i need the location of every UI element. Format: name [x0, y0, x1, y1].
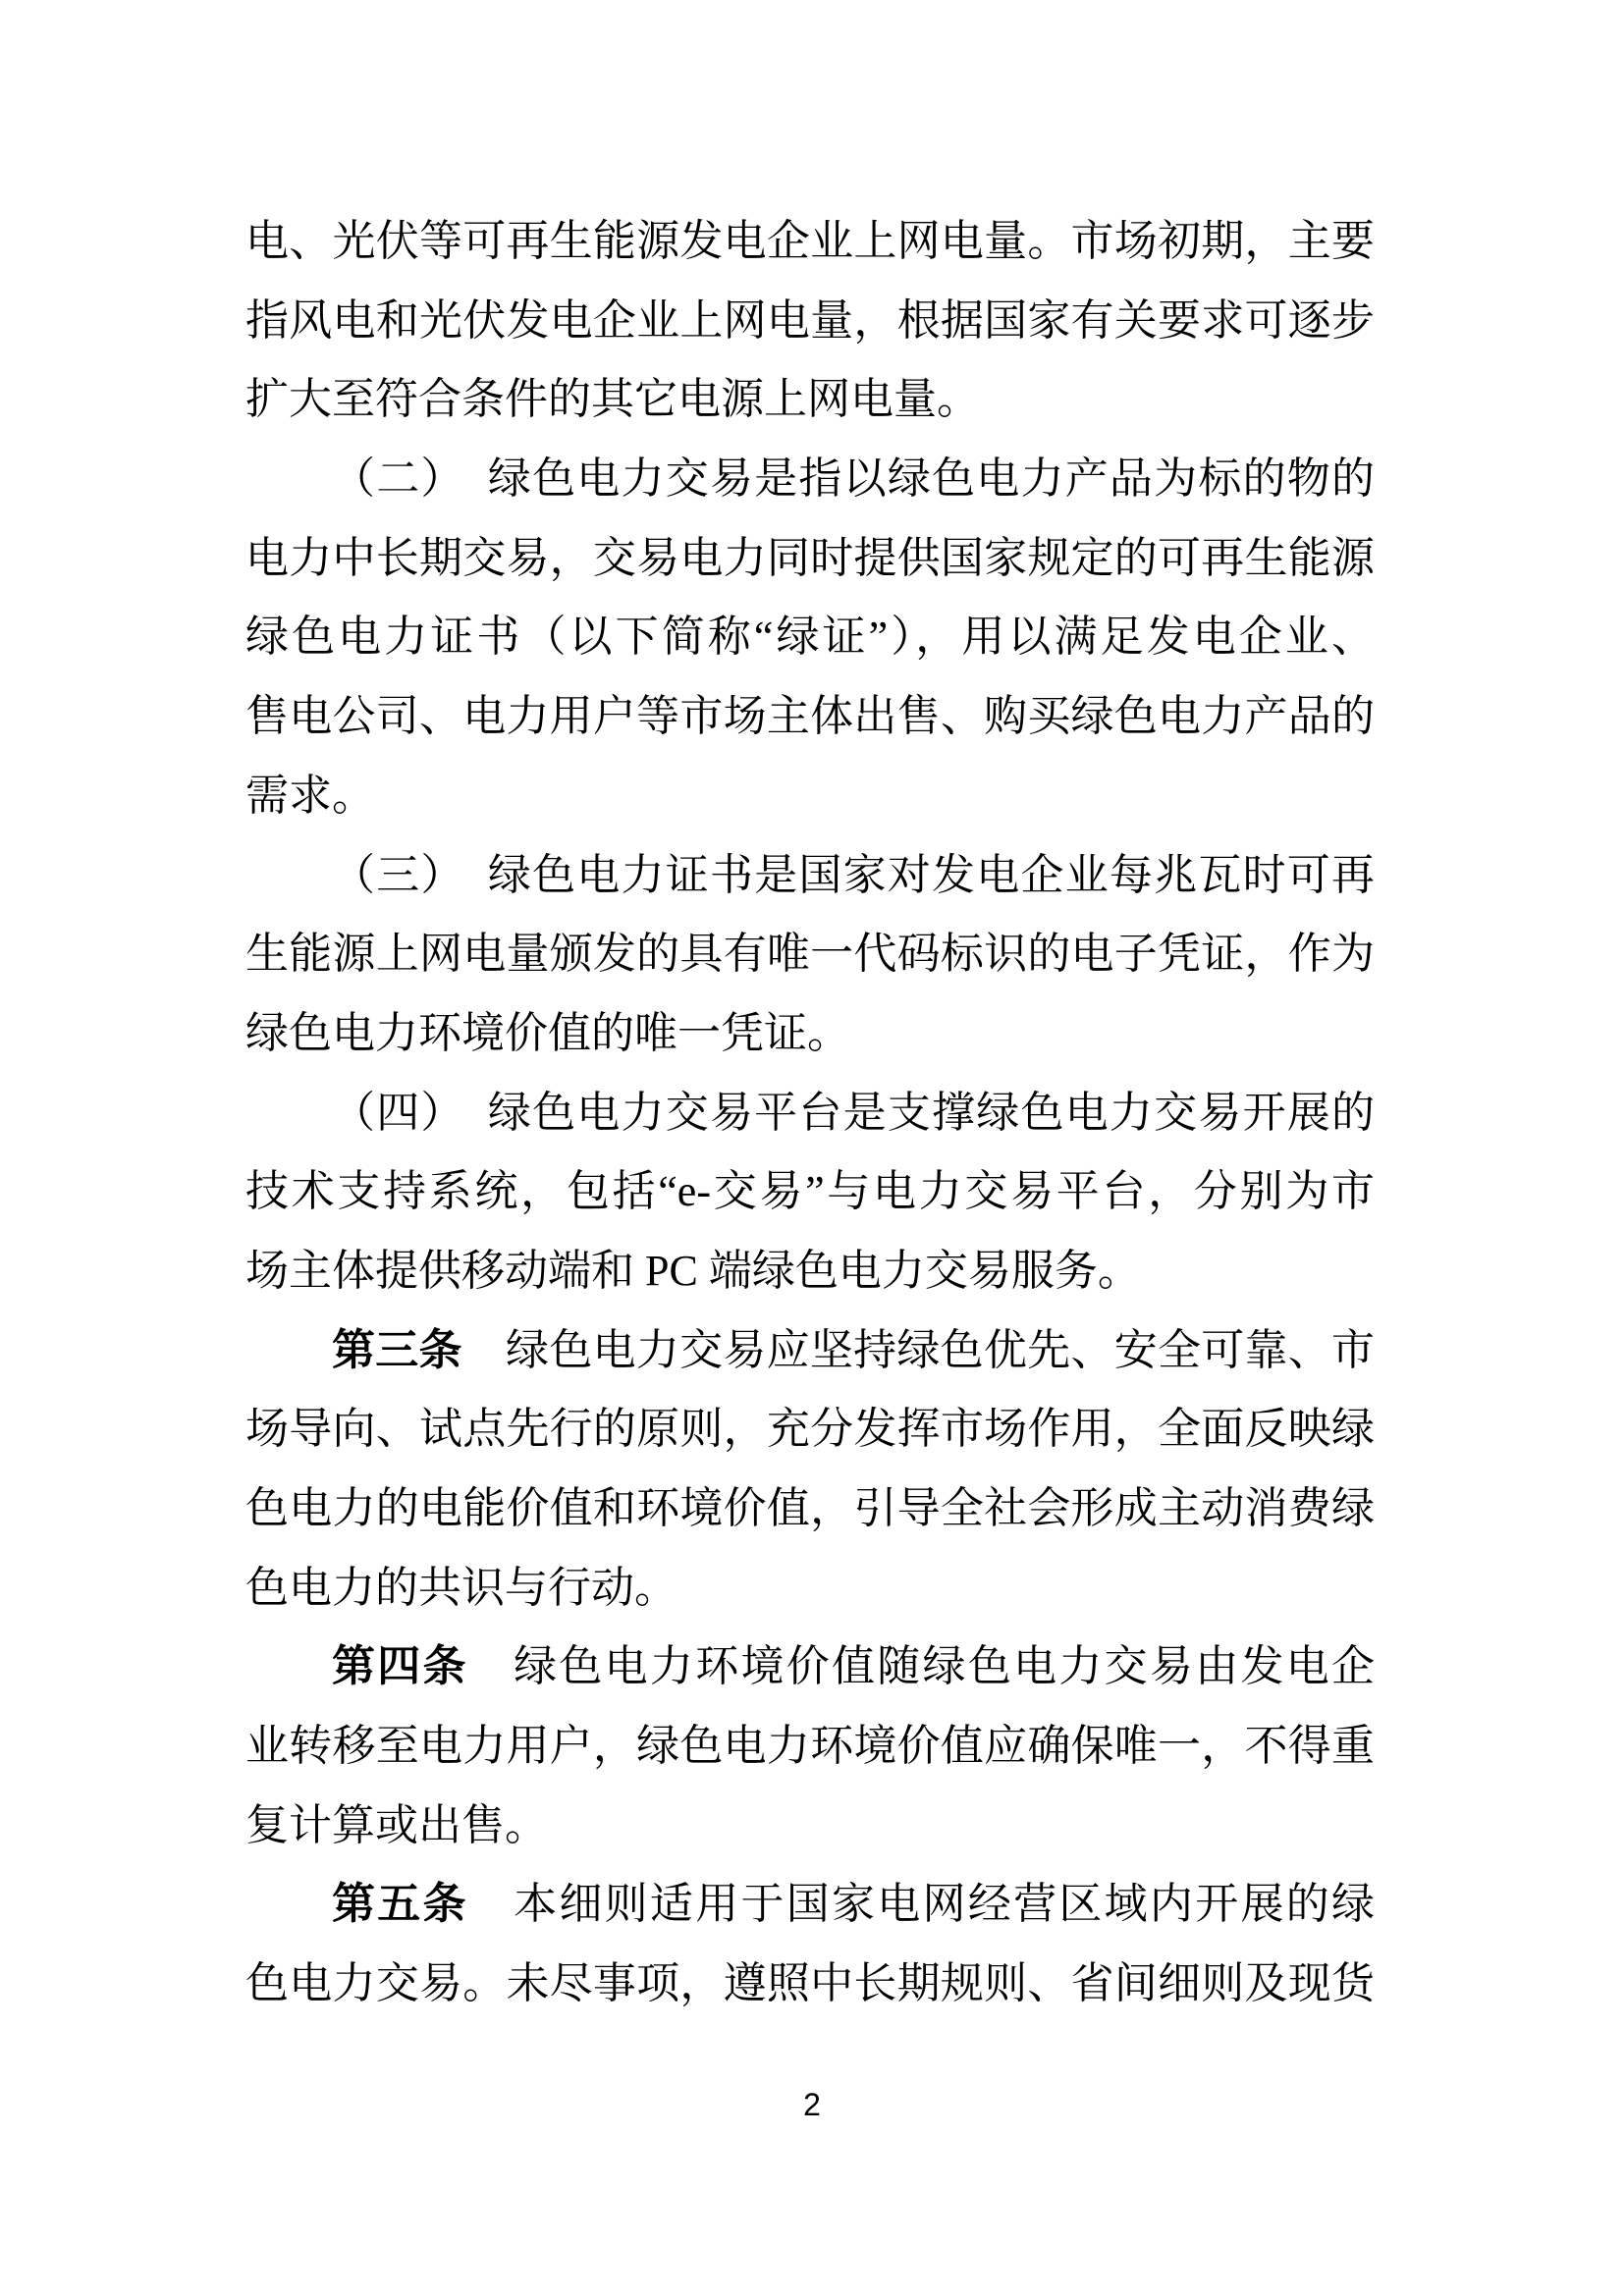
text-line-4: （二） 绿色电力交易是指以绿色电力产品为标的物的 — [245, 440, 1375, 519]
page-number: 2 — [0, 2083, 1624, 2126]
text-line-21: 复计算或出售。 — [245, 1787, 1375, 1866]
body-text-segment: 生能源上网电量颁发的具有唯一代码标识的电子凭证，作为 — [245, 930, 1375, 978]
text-line-2: 指风电和光伏发电企业上网电量，根据国家有关要求可逐步 — [245, 282, 1375, 361]
text-line-14: 场主体提供移动端和 PC 端绿色电力交易服务。 — [245, 1232, 1375, 1311]
text-line-17: 色电力的电能价值和环境价值，引导全社会形成主动消费绿 — [245, 1469, 1375, 1549]
text-line-22: 第五条 本细则适用于国家电网经营区域内开展的绿 — [245, 1865, 1375, 1945]
body-text-segment: 扩大至符合条件的其它电源上网电量。 — [245, 375, 980, 423]
document-body-text: 电、光伏等可再生能源发电企业上网电量。市场初期，主要指风电和光伏发电企业上网电量… — [245, 202, 1375, 2024]
text-line-18: 色电力的共识与行动。 — [245, 1549, 1375, 1629]
text-line-23: 色电力交易。未尽事项，遵照中长期规则、省间细则及现货 — [245, 1945, 1375, 2024]
body-text-segment: 绿色电力环境价值的唯一凭证。 — [245, 1009, 850, 1057]
body-text-segment: 绿色电力交易应坚持绿色优先、安全可靠、市 — [462, 1326, 1375, 1374]
text-line-1: 电、光伏等可再生能源发电企业上网电量。市场初期，主要 — [245, 202, 1375, 282]
body-text-segment: 色电力的电能价值和环境价值，引导全社会形成主动消费绿 — [245, 1484, 1375, 1532]
body-text-segment: 绿色电力环境价值随绿色电力交易由发电企 — [468, 1642, 1375, 1690]
text-line-7: 售电公司、电力用户等市场主体出售、购买绿色电力产品的 — [245, 677, 1375, 757]
article-number-label: 第四条 — [332, 1642, 468, 1690]
text-line-19: 第四条 绿色电力环境价值随绿色电力交易由发电企 — [245, 1628, 1375, 1707]
body-text-segment: 需求。 — [245, 772, 375, 820]
text-line-6: 绿色电力证书（以下简称“绿证”），用以满足发电企业、 — [245, 598, 1375, 677]
body-text-segment: 色电力的共识与行动。 — [245, 1564, 677, 1612]
text-line-13: 技术支持系统，包括“e-交易”与电力交易平台，分别为市 — [245, 1152, 1375, 1232]
body-text-segment: 售电公司、电力用户等市场主体出售、购买绿色电力产品的 — [245, 692, 1375, 740]
body-text-segment: （二） 绿色电力交易是指以绿色电力产品为标的物的 — [332, 454, 1375, 503]
text-line-8: 需求。 — [245, 757, 1375, 836]
text-line-9: （三） 绿色电力证书是国家对发电企业每兆瓦时可再 — [245, 836, 1375, 916]
text-line-15: 第三条 绿色电力交易应坚持绿色优先、安全可靠、市 — [245, 1311, 1375, 1391]
body-text-segment: 电、光伏等可再生能源发电企业上网电量。市场初期，主要 — [245, 217, 1375, 265]
body-text-segment: 本细则适用于国家电网经营区域内开展的绿 — [468, 1880, 1375, 1928]
text-line-10: 生能源上网电量颁发的具有唯一代码标识的电子凭证，作为 — [245, 915, 1375, 994]
body-text-segment: （三） 绿色电力证书是国家对发电企业每兆瓦时可再 — [332, 851, 1375, 899]
body-text-segment: 电力中长期交易，交易电力同时提供国家规定的可再生能源 — [245, 534, 1375, 582]
body-text-segment: （四） 绿色电力交易平台是支撑绿色电力交易开展的 — [332, 1089, 1375, 1137]
body-text-segment: 绿色电力证书（以下简称“绿证”），用以满足发电企业、 — [245, 613, 1375, 661]
text-line-5: 电力中长期交易，交易电力同时提供国家规定的可再生能源 — [245, 519, 1375, 599]
text-line-11: 绿色电力环境价值的唯一凭证。 — [245, 994, 1375, 1074]
text-line-12: （四） 绿色电力交易平台是支撑绿色电力交易开展的 — [245, 1074, 1375, 1153]
body-text-segment: 技术支持系统，包括“e-交易”与电力交易平台，分别为市 — [245, 1167, 1375, 1215]
article-number-label: 第五条 — [332, 1880, 468, 1928]
body-text-segment: 业转移至电力用户，绿色电力环境价值应确保唯一，不得重 — [245, 1722, 1375, 1770]
text-line-20: 业转移至电力用户，绿色电力环境价值应确保唯一，不得重 — [245, 1707, 1375, 1787]
document-page: 电、光伏等可再生能源发电企业上网电量。市场初期，主要指风电和光伏发电企业上网电量… — [0, 0, 1624, 2296]
text-line-16: 场导向、试点先行的原则，充分发挥市场作用，全面反映绿 — [245, 1390, 1375, 1469]
body-text-segment: 场主体提供移动端和 PC 端绿色电力交易服务。 — [245, 1247, 1141, 1295]
body-text-segment: 指风电和光伏发电企业上网电量，根据国家有关要求可逐步 — [245, 296, 1375, 345]
body-text-segment: 色电力交易。未尽事项，遵照中长期规则、省间细则及现货 — [245, 1959, 1375, 2007]
body-text-segment: 场导向、试点先行的原则，充分发挥市场作用，全面反映绿 — [245, 1405, 1375, 1453]
text-line-3: 扩大至符合条件的其它电源上网电量。 — [245, 360, 1375, 440]
article-number-label: 第三条 — [332, 1326, 462, 1374]
body-text-segment: 复计算或出售。 — [245, 1801, 548, 1849]
